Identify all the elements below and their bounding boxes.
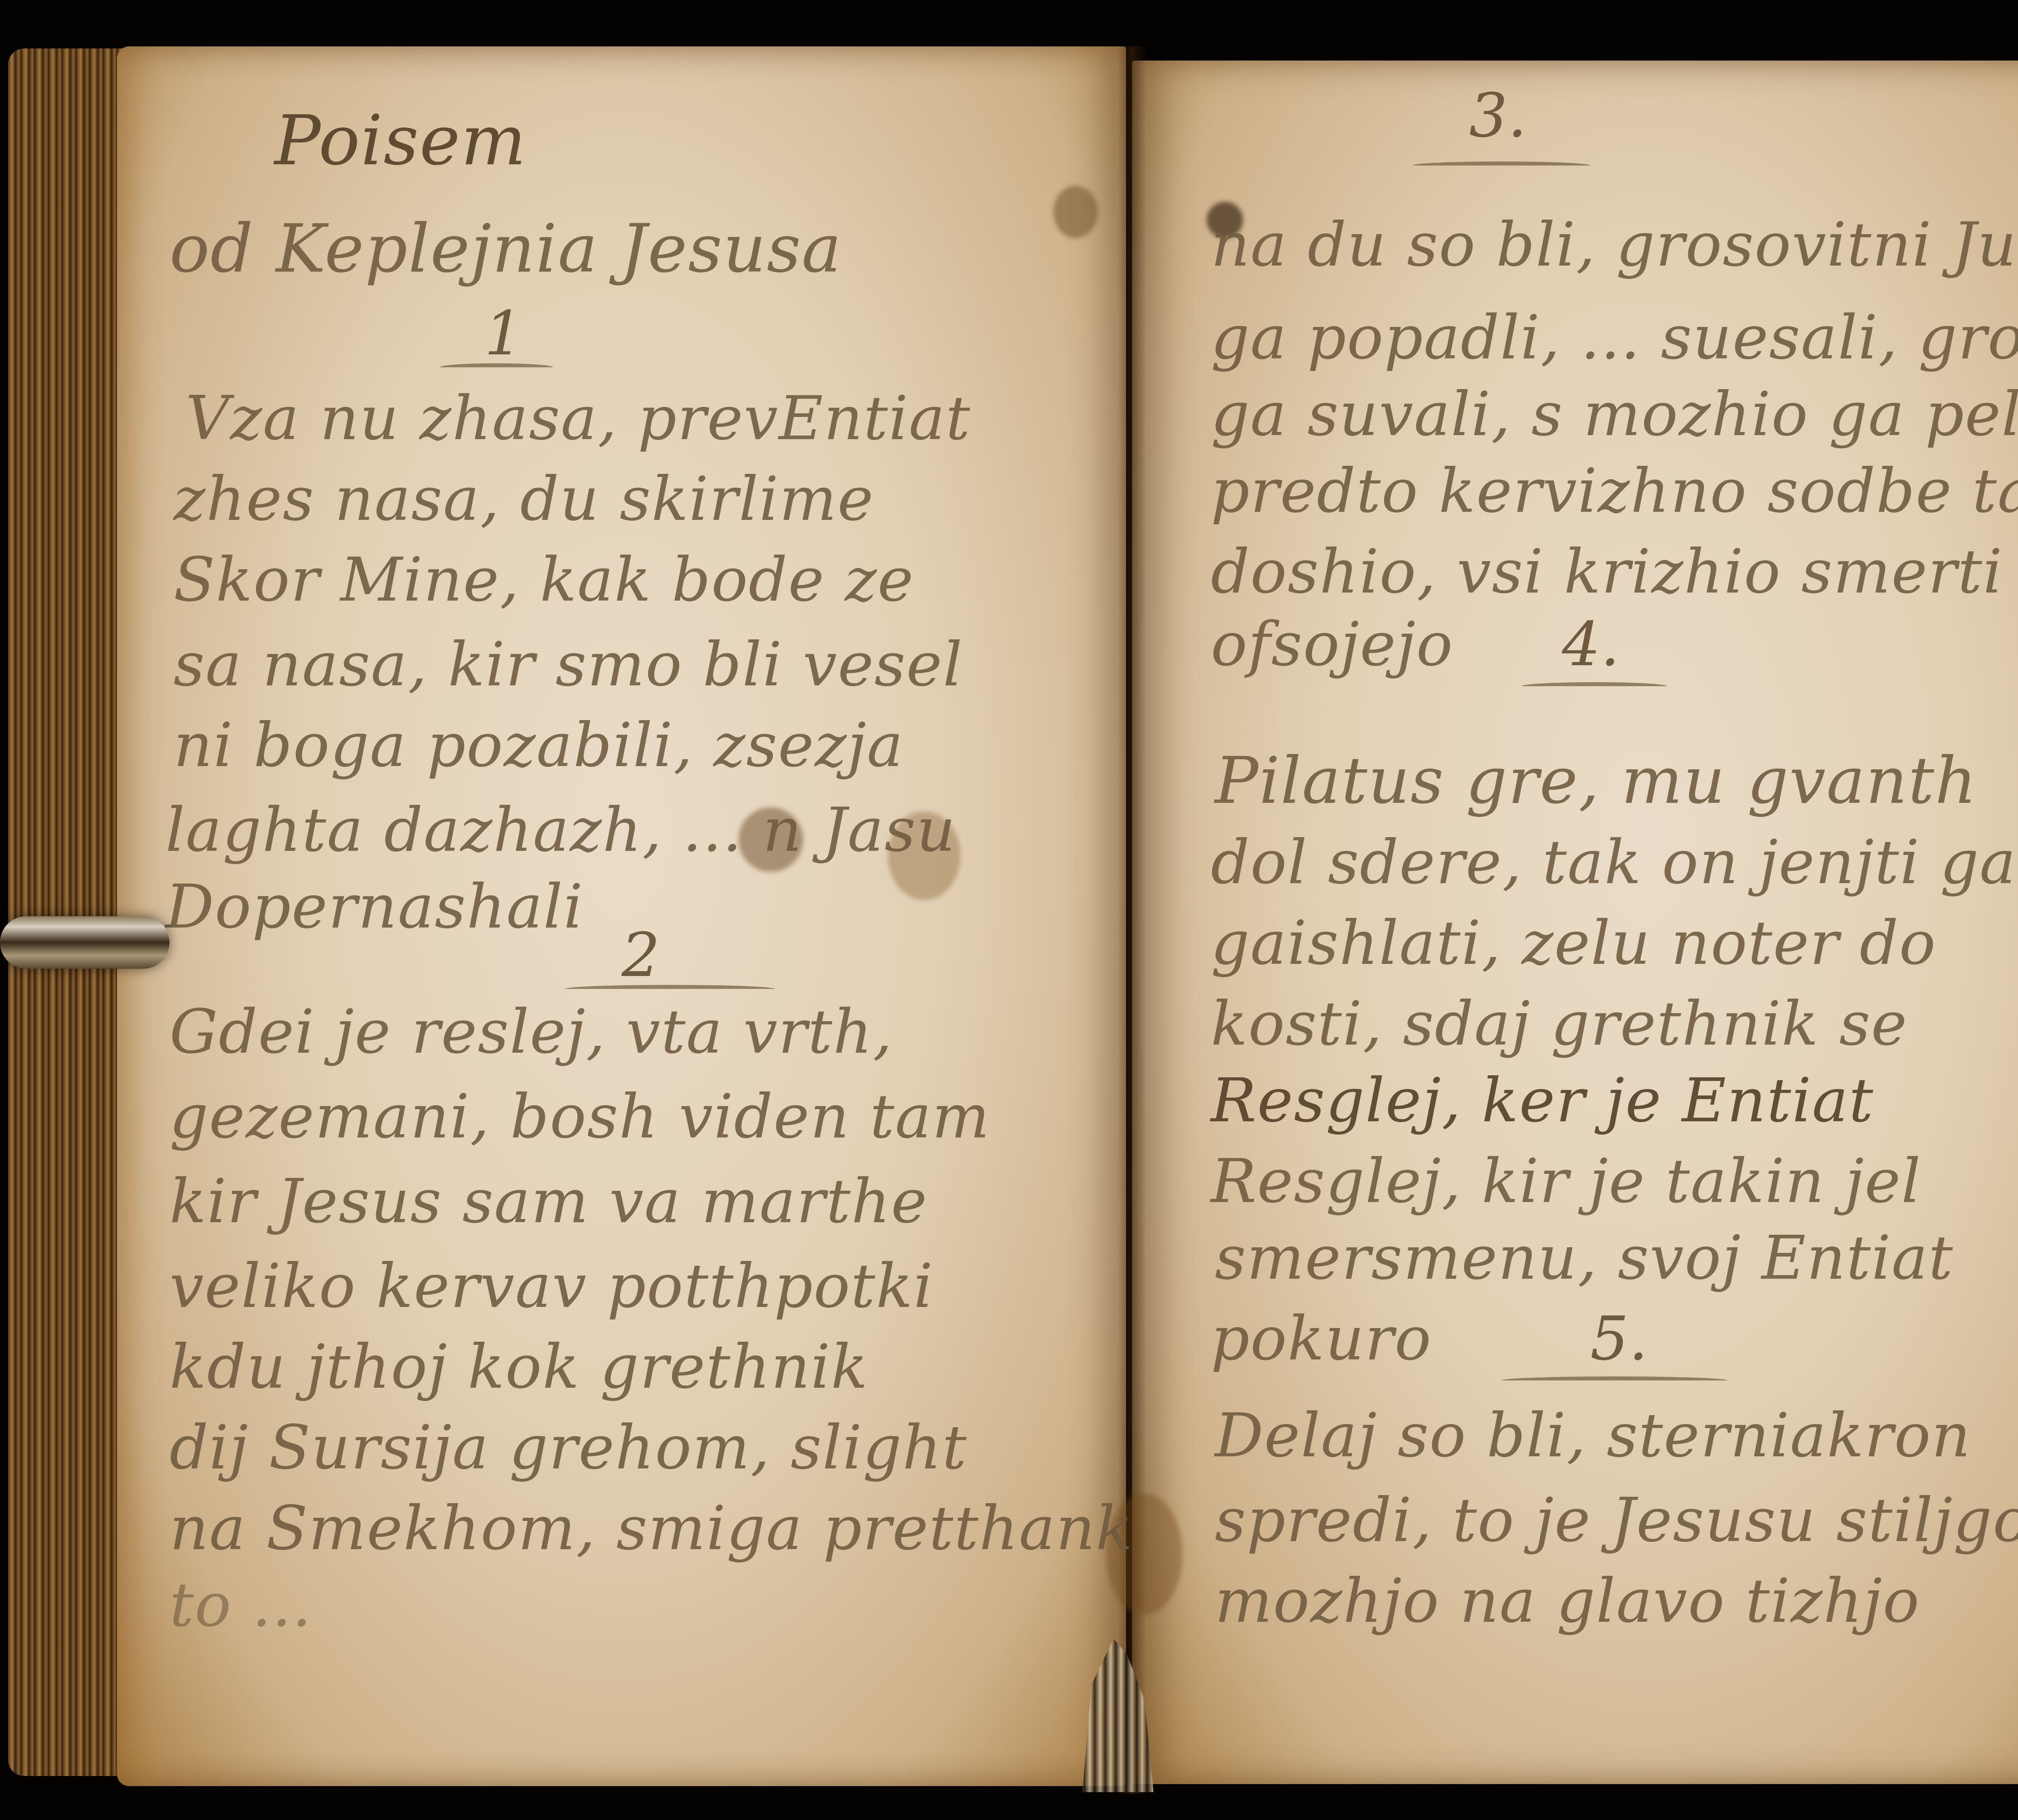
section-number: 4.: [1562, 609, 1620, 680]
section-rule: [440, 363, 553, 371]
manuscript-line: Resglej, ker je Entiat: [1211, 1066, 1874, 1136]
manuscript-line: ga suvali, s mozhio ga pelajo: [1211, 379, 2018, 450]
left-clasp: [0, 916, 170, 969]
manuscript-line: gezemani, bosh viden tam: [170, 1082, 990, 1152]
manuscript-line: doshio, vsi krizhio smerti: [1211, 537, 2003, 607]
section-rule: [565, 985, 775, 993]
manuscript-line: veliko kervav potthpotki: [170, 1251, 934, 1322]
manuscript-line: Dopernashali: [165, 872, 584, 942]
manuscript-line: na du so bli, grosovitni Judi,: [1211, 210, 2018, 280]
ink-blot: [1053, 186, 1098, 238]
manuscript-line: laghta dazhazh, ... n Jasu: [165, 795, 956, 865]
book-spread: Poisem od Keplejnia Jesusa 1 Vza nu zhas…: [0, 0, 2018, 1820]
manuscript-line: Pilatus gre, mu gvanth: [1215, 743, 1977, 818]
section-number: 2: [622, 920, 660, 991]
manuscript-line: Vza nu zhasa, prevEntiat: [186, 383, 971, 454]
section-rule: [1501, 1376, 1727, 1384]
manuscript-line: Delaj so bli, sterniakron: [1215, 1401, 1971, 1471]
manuscript-line: kosti, sdaj grethnik se: [1211, 989, 1908, 1059]
manuscript-line: predto kervizhno sodbe tam: [1211, 456, 2018, 526]
manuscript-line: Resglej, kir je takin jel: [1211, 1146, 1922, 1217]
section-number: 5.: [1590, 1304, 1648, 1374]
manuscript-line: dol sdere, tak on jenjti ga: [1211, 827, 2016, 898]
manuscript-line: Skor Mine, kak bode ze: [174, 545, 914, 615]
manuscript-line: kir Jesus sam va marthe: [170, 1167, 928, 1237]
page-number: 3.: [1469, 81, 1527, 151]
manuscript-line: spredi, to je Jesusu stiljgo: [1215, 1485, 2018, 1556]
manuscript-line: zhes nasa, du skirlime: [174, 464, 874, 534]
left-page-title: Poisem: [274, 101, 527, 181]
manuscript-line: ga popadli, ... suesali, grosno: [1211, 303, 2018, 373]
manuscript-line: kdu jthoj kok grethnik: [170, 1332, 869, 1402]
manuscript-line: to ...: [170, 1570, 312, 1640]
manuscript-line: dij Sursija grehom, slight: [170, 1413, 967, 1483]
left-fore-edge: [8, 48, 129, 1776]
manuscript-line: smersmenu, svoj Entiat: [1215, 1223, 1954, 1293]
manuscript-line: sa nasa, kir smo bli vesel: [174, 630, 963, 700]
manuscript-line: Gdei je reslej, vta vrth,: [170, 997, 893, 1067]
manuscript-line: ni boga pozabili, zsezja: [174, 710, 904, 781]
left-page-subtitle: od Keplejnia Jesusa: [170, 210, 842, 287]
manuscript-line: gaishlati, zelu noter do: [1211, 908, 1936, 978]
section-number: 1: [484, 299, 523, 369]
manuscript-line: ofsojejo: [1211, 609, 1453, 680]
manuscript-line: na Smekhom, smiga pretthank: [170, 1493, 1133, 1564]
section-rule: [1522, 682, 1667, 690]
manuscript-line: mozhjo na glavo tizhjo: [1215, 1566, 1920, 1636]
manuscript-line: pokuro: [1211, 1304, 1432, 1374]
section-rule: [1413, 161, 1590, 170]
